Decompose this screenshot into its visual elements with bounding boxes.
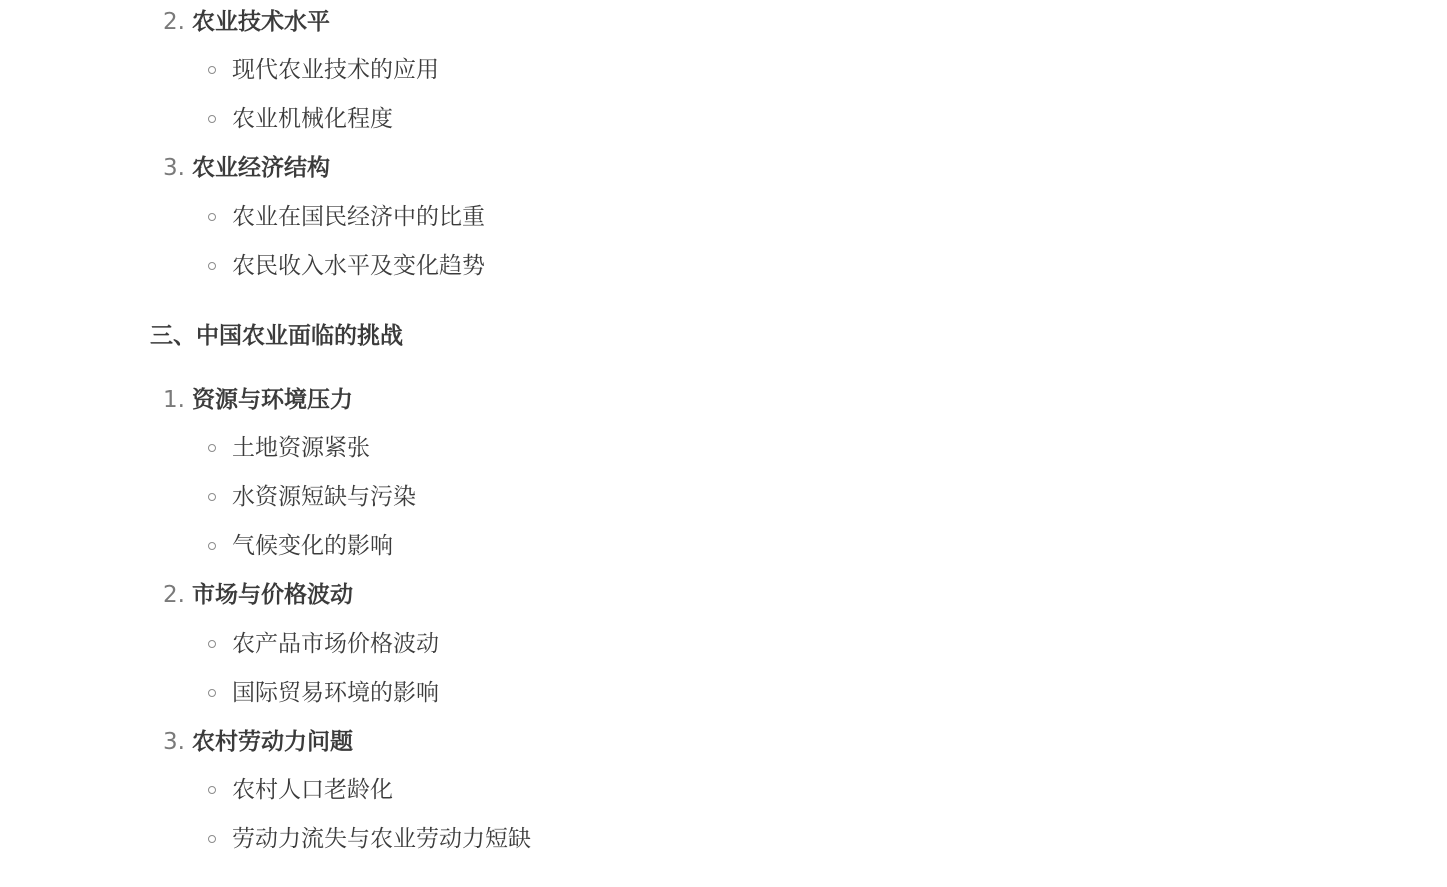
hollow-circle-bullet-icon: [208, 786, 216, 794]
hollow-circle-bullet-icon: [208, 835, 216, 843]
list-number: 3.: [0, 727, 185, 757]
list-number: 1.: [0, 385, 185, 415]
hollow-circle-bullet-icon: [208, 640, 216, 648]
list-number: 3.: [0, 153, 185, 183]
bullet-text: 农业机械化程度: [232, 104, 393, 134]
bullet-text: 气候变化的影响: [232, 531, 393, 561]
bullet-text: 农民收入水平及变化趋势: [232, 251, 485, 281]
list-item-title: 农村劳动力问题: [192, 727, 353, 757]
list-item-title: 农业技术水平: [192, 7, 330, 37]
list-number: 2.: [0, 7, 185, 37]
hollow-circle-bullet-icon: [208, 689, 216, 697]
bullet-text: 现代农业技术的应用: [232, 55, 439, 85]
bullet-text: 国际贸易环境的影响: [232, 678, 439, 708]
section-heading: 三、中国农业面临的挑战: [150, 320, 403, 352]
hollow-circle-bullet-icon: [208, 115, 216, 123]
bullet-text: 农村人口老龄化: [232, 775, 393, 805]
hollow-circle-bullet-icon: [208, 493, 216, 501]
list-number: 2.: [0, 580, 185, 610]
list-item-title: 农业经济结构: [192, 153, 330, 183]
bullet-text: 水资源短缺与污染: [232, 482, 416, 512]
hollow-circle-bullet-icon: [208, 542, 216, 550]
list-item-title: 市场与价格波动: [192, 580, 353, 610]
bullet-text: 农产品市场价格波动: [232, 629, 439, 659]
hollow-circle-bullet-icon: [208, 66, 216, 74]
list-item-title: 资源与环境压力: [192, 385, 353, 415]
bullet-text: 劳动力流失与农业劳动力短缺: [232, 824, 531, 854]
hollow-circle-bullet-icon: [208, 262, 216, 270]
hollow-circle-bullet-icon: [208, 213, 216, 221]
hollow-circle-bullet-icon: [208, 444, 216, 452]
bullet-text: 土地资源紧张: [232, 433, 370, 463]
bullet-text: 农业在国民经济中的比重: [232, 202, 485, 232]
